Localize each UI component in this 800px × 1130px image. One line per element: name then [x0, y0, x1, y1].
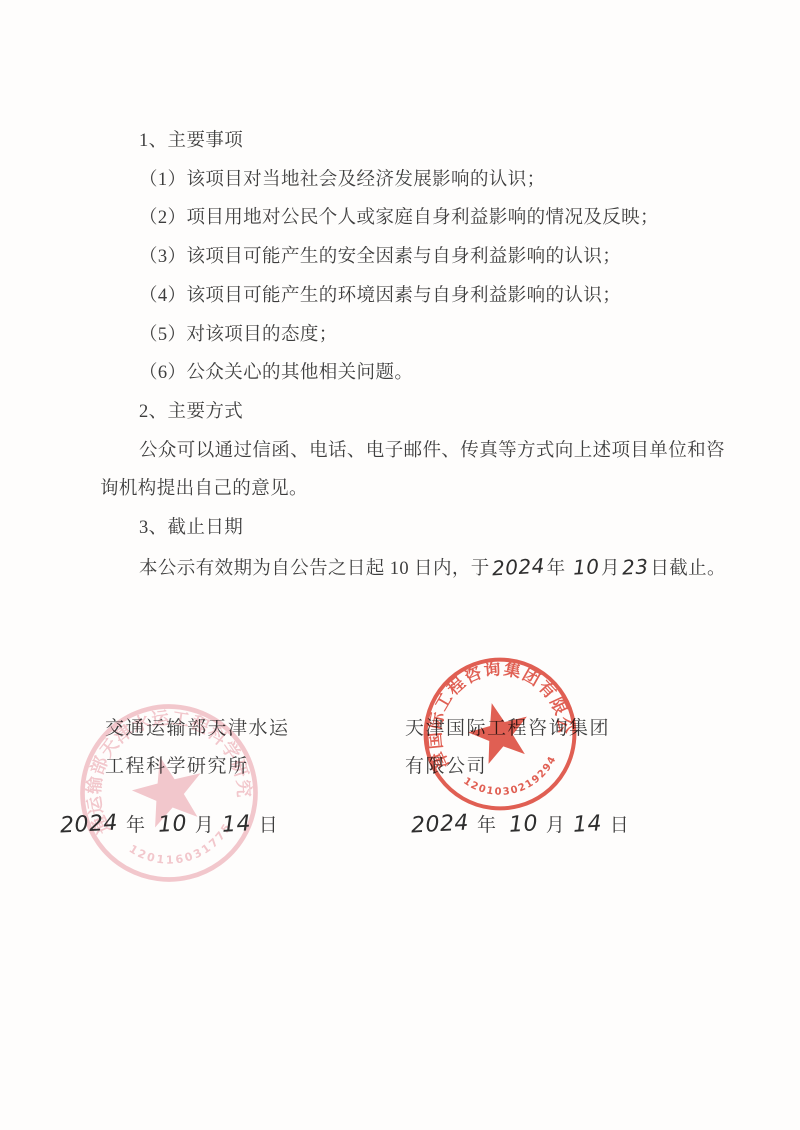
left-org-line-1: 交通运输部天津水运 [105, 710, 290, 748]
section-heading-1: 1、主要事项 [100, 122, 715, 161]
right-org-line-1: 天津国际工程咨询集团 [405, 710, 610, 748]
notice-body: 1、主要事项 （1）该项目对当地社会及经济发展影响的认识； （2）项目用地对公民… [100, 122, 715, 588]
deadline-line: 本公示有效期为自公告之日起 10 日内，于2024年 10月23日截止。 [100, 548, 715, 589]
deadline-suffix: 截止。 [669, 559, 726, 579]
handwritten-year: 2024 [59, 810, 118, 838]
right-signature-date: 2024年 10月14日 [408, 810, 634, 837]
year-label: 年 [126, 815, 145, 836]
left-signature-org: 交通运输部天津水运 工程科学研究所 [105, 710, 290, 786]
year-label: 年 [547, 559, 566, 579]
section-heading-3: 3、截止日期 [100, 509, 715, 548]
paragraph-line-1: 公众可以通过信函、电话、电子邮件、传真等方式向上述项目单位和咨 [100, 432, 715, 471]
handwritten-day: 14 [221, 811, 251, 837]
day-label: 日 [610, 815, 629, 836]
left-org-line-2: 工程科学研究所 [105, 748, 290, 786]
handwritten-year: 2024 [491, 546, 546, 587]
day-label: 日 [650, 559, 669, 579]
list-item-6: （6）公众关心的其他相关问题。 [100, 354, 715, 393]
right-signature-org: 天津国际工程咨询集团 有限公司 [405, 710, 610, 786]
handwritten-month: 10 [572, 547, 600, 587]
handwritten-month: 10 [508, 811, 538, 837]
month-label: 月 [546, 815, 565, 836]
left-signature-date: 2024年 10月14日 [57, 810, 283, 837]
section-heading-2: 2、主要方式 [100, 393, 715, 432]
handwritten-day: 14 [572, 811, 602, 837]
year-label: 年 [477, 815, 496, 836]
list-item-3: （3）该项目可能产生的安全因素与自身利益影响的认识； [100, 238, 715, 277]
list-item-2: （2）项目用地对公民个人或家庭自身利益影响的情况及反映； [100, 199, 715, 238]
list-item-4: （4）该项目可能产生的环境因素与自身利益影响的认识； [100, 277, 715, 316]
list-item-5: （5）对该项目的态度； [100, 316, 715, 355]
handwritten-day: 23 [621, 547, 649, 587]
deadline-prefix: 本公示有效期为自公告之日起 10 日内，于 [139, 559, 490, 579]
month-label: 月 [601, 559, 620, 579]
document-page: 1、主要事项 （1）该项目对当地社会及经济发展影响的认识； （2）项目用地对公民… [0, 0, 800, 1130]
right-org-line-2: 有限公司 [405, 748, 610, 786]
paragraph-line-2: 询机构提出自己的意见。 [100, 470, 715, 509]
day-label: 日 [259, 815, 278, 836]
month-label: 月 [195, 815, 214, 836]
handwritten-month: 10 [157, 811, 187, 837]
list-item-1: （1）该项目对当地社会及经济发展影响的认识； [100, 161, 715, 200]
handwritten-year: 2024 [410, 810, 469, 838]
